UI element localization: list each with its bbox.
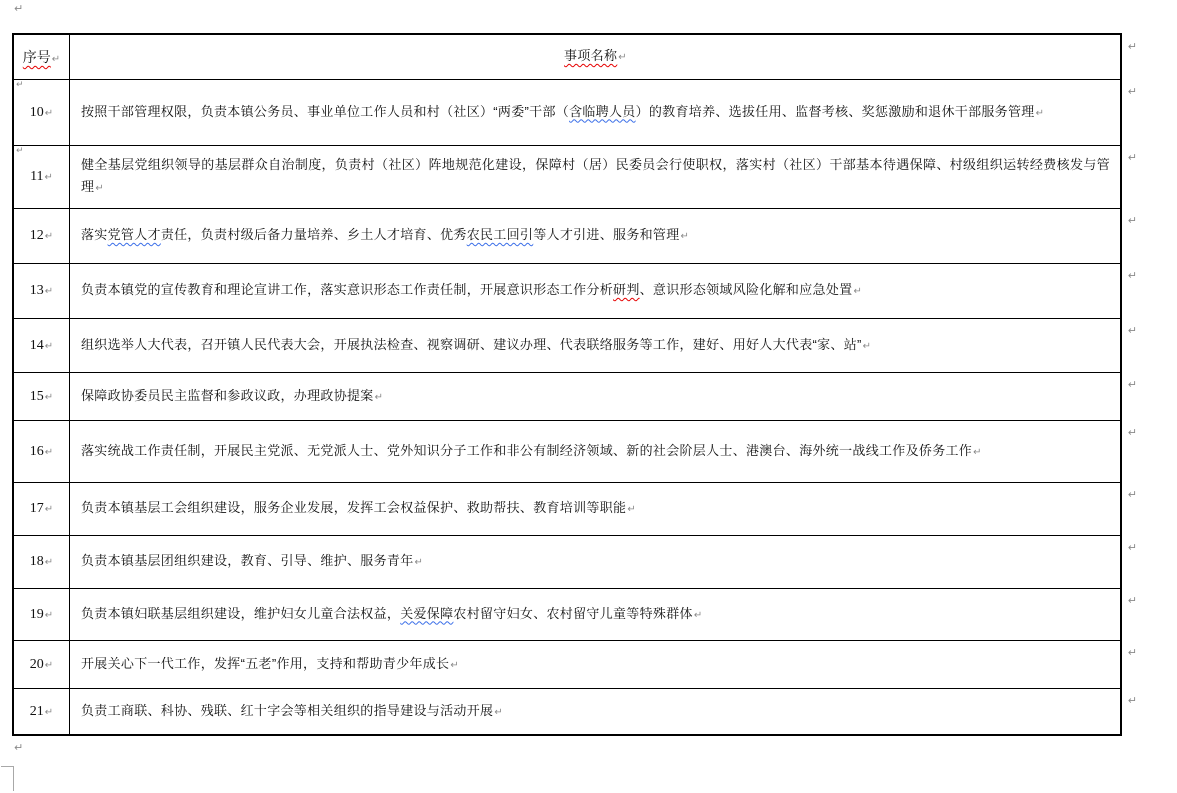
row-serial-cell: 20↵ [14,641,69,688]
row-item-cell: 负责本镇妇联基层组织建设，维护妇女儿童合法权益，关爱保障农村留守妇女、农村留守儿… [69,589,1120,640]
row-item-cell: 落实党管人才责任，负责村级后备力量培养、乡土人才培育、优秀农民工回引等人才引进、… [69,209,1120,263]
row-end-mark: ↵ [1127,40,1137,53]
row-item-text: 落实统战工作责任制，开展民主党派、无党派人士、党外知识分子工作和非公有制经济领域… [81,440,1110,464]
pilcrow-icon: ↵ [15,80,24,90]
row-end-mark: ↵ [1127,269,1137,282]
row-serial: 15↵ [30,389,53,405]
table-row: 17↵ 负责本镇基层工会组织建设，服务企业发展，发挥工会权益保护、救助帮扶、教育… [14,483,1120,536]
row-text-segment: 按照干部管理权限，负责本镇公务员、事业单位工作人员和村（社区）“两委”干部（ [81,104,569,119]
pilcrow-icon: ↵ [44,172,53,183]
row-item-text: 开展关心下一代工作，发挥“五老”作用，支持和帮助青少年成长↵ [81,653,1110,677]
row-item-cell: 组织选举人大代表，召开镇人民代表大会，开展执法检查、视察调研、建议办理、代表联络… [69,319,1120,372]
row-item-text: 负责本镇基层团组织建设，教育、引导、维护、服务青年↵ [81,550,1110,574]
row-text-segment: 落实 [81,227,108,242]
duties-table: 序号↵ 事项名称↵ ↵ ↵ 10↵ 按照干部管理权限，负责本镇公务员、事业单位工… [12,33,1122,736]
pilcrow-icon: ↵ [44,447,53,458]
row-text-segment: 落实统战工作责任制，开展民主党派、无党派人士、党外知识分子工作和非公有制经济领域… [81,443,972,458]
spellcheck-flagged-text: 含临聘人员 [569,104,636,119]
row-serial: 12↵ [30,228,53,244]
row-serial-cell: ↵ 11↵ [14,146,69,208]
row-serial: 19↵ [30,607,53,623]
table-header-row: 序号↵ 事项名称↵ ↵ [14,35,1120,80]
pilcrow-icon: ↵ [44,231,53,242]
row-text-segment: ）的教育培养、选拔任用、监督考核、奖惩激励和退休干部服务管理 [636,104,1035,119]
spellcheck-flagged-text: 党管人才 [108,227,161,242]
pilcrow-icon: ↵ [852,281,862,303]
pilcrow-icon: ↵ [44,341,53,352]
pilcrow-icon: ↵ [94,178,104,200]
pilcrow-icon: ↵ [44,108,53,119]
row-item-cell: 按照干部管理权限，负责本镇公务员、事业单位工作人员和村（社区）“两委”干部（含临… [69,80,1120,145]
paragraph-mark-above-table: ↵ [13,2,23,15]
spellcheck-flagged-text: 关爱保障 [400,606,453,621]
pilcrow-icon: ↵ [44,392,53,403]
row-serial: 21↵ [30,704,53,720]
row-end-mark: ↵ [1127,488,1137,501]
margin-corner-mark [1,766,14,791]
row-item-text: 保障政协委员民主监督和参政议政，办理政协提案↵ [81,385,1110,409]
row-item-text: 组织选举人大代表，召开镇人民代表大会，开展执法检查、视察调研、建议办理、代表联络… [81,334,1110,358]
row-text-segment: 保障政协委员民主监督和参政议政，办理政协提案 [81,388,374,403]
pilcrow-icon: ↵ [15,146,24,156]
table-row: 14↵ 组织选举人大代表，召开镇人民代表大会，开展执法检查、视察调研、建议办理、… [14,319,1120,373]
pilcrow-icon: ↵ [414,552,424,574]
table-row: ↵ 11↵ 健全基层党组织领导的基层群众自治制度，负责村（社区）阵地规范化建设，… [14,146,1120,209]
table-row: 12↵ 落实党管人才责任，负责村级后备力量培养、乡土人才培育、优秀农民工回引等人… [14,209,1120,264]
row-item-cell: 负责本镇党的宣传教育和理论宣讲工作，落实意识形态工作责任制，开展意识形态工作分析… [69,264,1120,318]
row-serial: 10↵ [30,105,53,121]
row-serial-cell: 13↵ [14,264,69,318]
pilcrow-icon: ↵ [617,47,627,69]
row-serial: 16↵ [30,444,53,460]
pilcrow-icon: ↵ [44,610,53,621]
pilcrow-icon: ↵ [44,660,53,671]
row-end-mark: ↵ [1127,214,1137,227]
row-text-segment: 、意识形态领域风险化解和应急处置 [640,282,853,297]
row-text-segment: 开展关心下一代工作，发挥“五老”作用，支持和帮助青少年成长 [81,656,449,671]
pilcrow-icon: ↵ [51,54,60,65]
row-item-cell: 负责本镇基层工会组织建设，服务企业发展，发挥工会权益保护、救助帮扶、教育培训等职… [69,483,1120,535]
row-serial-cell: 17↵ [14,483,69,535]
row-item-text: 负责工商联、科协、残联、红十字会等相关组织的指导建设与活动开展↵ [81,700,1110,724]
pilcrow-icon: ↵ [626,499,636,521]
pilcrow-icon: ↵ [44,707,53,718]
pilcrow-icon: ↵ [374,387,384,409]
row-end-mark: ↵ [1127,646,1137,659]
row-serial-cell: 14↵ [14,319,69,372]
row-text-segment: 负责本镇基层工会组织建设，服务企业发展，发挥工会权益保护、救助帮扶、教育培训等职… [81,500,626,515]
row-serial: 20↵ [30,657,53,673]
row-item-cell: 落实统战工作责任制，开展民主党派、无党派人士、党外知识分子工作和非公有制经济领域… [69,421,1120,482]
pilcrow-icon: ↵ [44,286,53,297]
spellcheck-flagged-text: 农民工回引 [467,227,534,242]
pilcrow-icon: ↵ [972,442,982,464]
row-serial-cell: 21↵ [14,689,69,734]
row-text-segment: 健全基层党组织领导的基层群众自治制度，负责村（社区）阵地规范化建设，保障村（居）… [81,157,1110,194]
row-text-segment: 负责本镇党的宣传教育和理论宣讲工作，落实意识形态工作责任制，开展意识形态工作分析 [81,282,613,297]
row-end-mark: ↵ [1127,85,1137,98]
pilcrow-icon: ↵ [44,504,53,515]
row-serial: 17↵ [30,501,53,517]
row-serial-cell: 19↵ [14,589,69,640]
row-serial: 18↵ [30,554,53,570]
header-serial-label: 序号↵ [23,47,60,67]
paragraph-mark-below-table: ↵ [13,741,23,754]
row-end-mark: ↵ [1127,694,1137,707]
row-serial: 14↵ [30,338,53,354]
pilcrow-icon: ↵ [680,226,690,248]
row-text-segment: 等人才引进、服务和管理 [533,227,679,242]
pilcrow-icon: ↵ [693,605,703,627]
row-end-mark: ↵ [1127,151,1137,164]
row-item-cell: 负责本镇基层团组织建设，教育、引导、维护、服务青年↵ [69,536,1120,588]
row-end-mark: ↵ [1127,426,1137,439]
pilcrow-icon: ↵ [44,557,53,568]
row-item-text: 按照干部管理权限，负责本镇公务员、事业单位工作人员和村（社区）“两委”干部（含临… [81,101,1110,125]
table-body: ↵ 10↵ 按照干部管理权限，负责本镇公务员、事业单位工作人员和村（社区）“两委… [14,80,1120,734]
row-end-mark: ↵ [1127,541,1137,554]
row-text-segment: 负责本镇基层团组织建设，教育、引导、维护、服务青年 [81,553,414,568]
table-row: 21↵ 负责工商联、科协、残联、红十字会等相关组织的指导建设与活动开展↵ ↵ [14,689,1120,734]
row-text-segment: 组织选举人大代表，召开镇人民代表大会，开展执法检查、视察调研、建议办理、代表联络… [81,337,862,352]
row-serial: 11↵ [30,169,53,185]
row-serial-cell: ↵ 10↵ [14,80,69,145]
row-item-cell: 负责工商联、科协、残联、红十字会等相关组织的指导建设与活动开展↵ [69,689,1120,734]
row-serial-cell: 15↵ [14,373,69,420]
table-row: ↵ 10↵ 按照干部管理权限，负责本镇公务员、事业单位工作人员和村（社区）“两委… [14,80,1120,146]
row-item-cell: 健全基层党组织领导的基层群众自治制度，负责村（社区）阵地规范化建设，保障村（居）… [69,146,1120,208]
spellcheck-flagged-text: 研判 [613,282,640,297]
row-serial-cell: 12↵ [14,209,69,263]
table-row: 19↵ 负责本镇妇联基层组织建设，维护妇女儿童合法权益，关爱保障农村留守妇女、农… [14,589,1120,641]
row-text-segment: 负责本镇妇联基层组织建设，维护妇女儿童合法权益， [81,606,400,621]
table-row: 16↵ 落实统战工作责任制，开展民主党派、无党派人士、党外知识分子工作和非公有制… [14,421,1120,483]
row-item-text: 落实党管人才责任，负责村级后备力量培养、乡土人才培育、优秀农民工回引等人才引进、… [81,224,1110,248]
row-end-mark: ↵ [1127,324,1137,337]
pilcrow-icon: ↵ [493,702,503,724]
table-row: 20↵ 开展关心下一代工作，发挥“五老”作用，支持和帮助青少年成长↵ ↵ [14,641,1120,689]
document-page: ↵ 序号↵ 事项名称↵ ↵ ↵ 10↵ 按照干部管理权限，负责本镇公务员、事业单… [0,0,1177,793]
table-row: 15↵ 保障政协委员民主监督和参政议政，办理政协提案↵ ↵ [14,373,1120,421]
header-item-name-label: 事项名称↵ [81,45,1110,69]
row-end-mark: ↵ [1127,594,1137,607]
pilcrow-icon: ↵ [1035,103,1045,125]
table-row: 13↵ 负责本镇党的宣传教育和理论宣讲工作，落实意识形态工作责任制，开展意识形态… [14,264,1120,319]
row-text-segment: 农村留守妇女、农村留守儿童等特殊群体 [453,606,692,621]
row-serial-cell: 16↵ [14,421,69,482]
row-text-segment: 责任，负责村级后备力量培养、乡土人才培育、优秀 [161,227,467,242]
row-item-text: 负责本镇基层工会组织建设，服务企业发展，发挥工会权益保护、救助帮扶、教育培训等职… [81,497,1110,521]
row-item-text: 负责本镇妇联基层组织建设，维护妇女儿童合法权益，关爱保障农村留守妇女、农村留守儿… [81,603,1110,627]
row-serial: 13↵ [30,283,53,299]
row-item-text: 负责本镇党的宣传教育和理论宣讲工作，落实意识形态工作责任制，开展意识形态工作分析… [81,279,1110,303]
pilcrow-icon: ↵ [449,655,459,677]
row-item-text: 健全基层党组织领导的基层群众自治制度，负责村（社区）阵地规范化建设，保障村（居）… [81,154,1110,200]
row-item-cell: 保障政协委员民主监督和参政议政，办理政协提案↵ [69,373,1120,420]
row-serial-cell: 18↵ [14,536,69,588]
row-end-mark: ↵ [1127,378,1137,391]
table-row: 18↵ 负责本镇基层团组织建设，教育、引导、维护、服务青年↵ ↵ [14,536,1120,589]
header-cell-item-name: 事项名称↵ [69,35,1120,79]
pilcrow-icon: ↵ [862,336,872,358]
header-cell-serial: 序号↵ [14,35,69,79]
row-item-cell: 开展关心下一代工作，发挥“五老”作用，支持和帮助青少年成长↵ [69,641,1120,688]
row-text-segment: 负责工商联、科协、残联、红十字会等相关组织的指导建设与活动开展 [81,703,493,718]
